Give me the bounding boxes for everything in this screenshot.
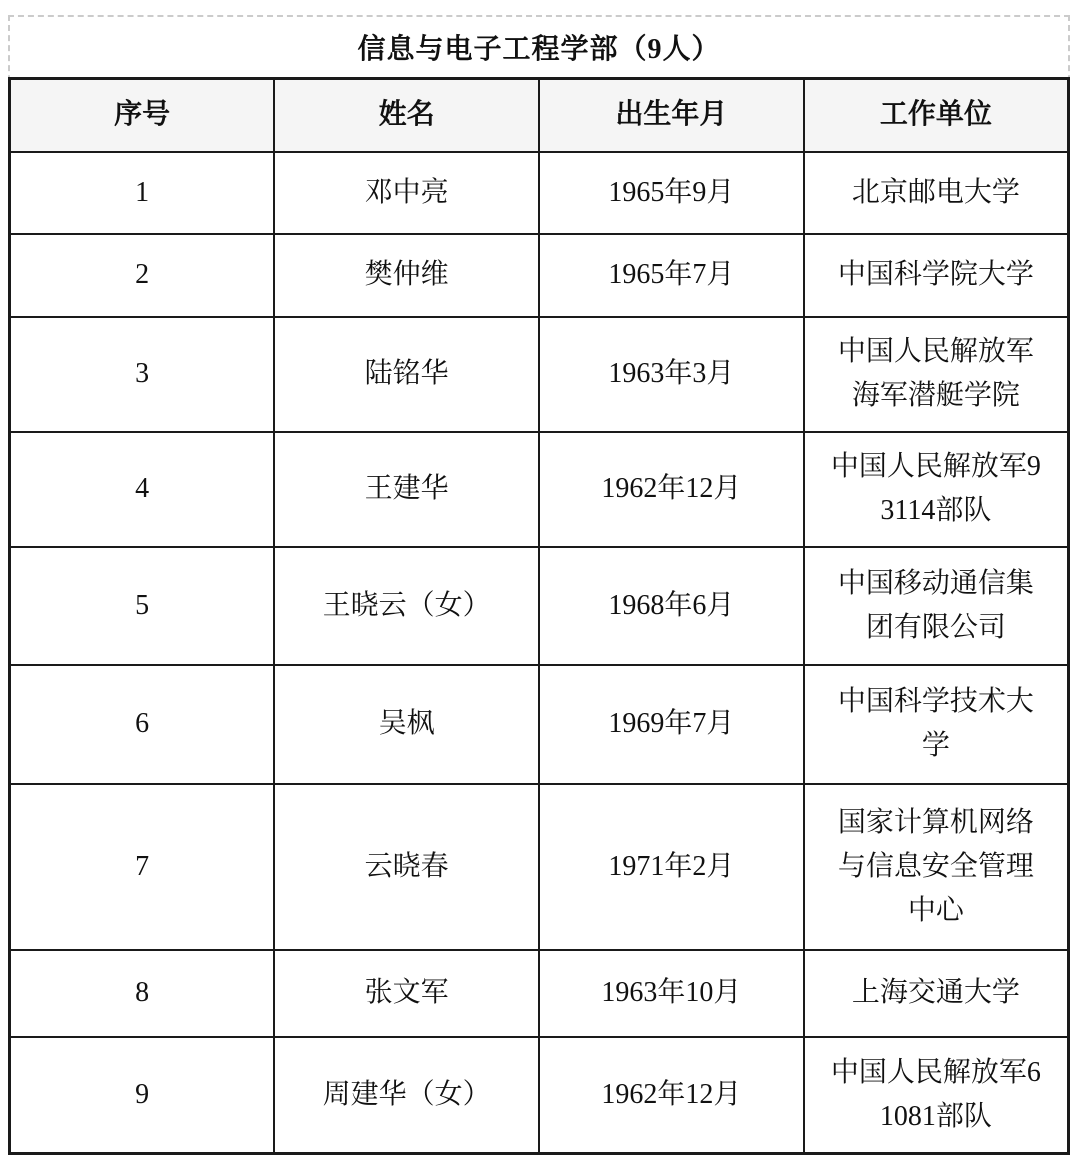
cell-work-unit: 北京邮电大学 [804,152,1069,234]
cell-name: 邓中亮 [274,152,539,234]
cell-name: 王建华 [274,432,539,547]
cell-work-unit: 中国移动通信集团有限公司 [804,547,1069,665]
cell-serial-number: 1 [10,152,275,234]
document-page: 信息与电子工程学部（9人） 序号 姓名 出生年月 工作单位 1 邓中亮 1965… [8,15,1070,1155]
cell-work-unit: 中国人民解放军61081部队 [804,1037,1069,1154]
cell-birth-date: 1969年7月 [539,665,804,784]
header-row: 序号 姓名 出生年月 工作单位 [10,79,1069,152]
table-row: 5 王晓云（女） 1968年6月 中国移动通信集团有限公司 [10,547,1069,665]
cell-serial-number: 6 [10,665,275,784]
cell-birth-date: 1963年3月 [539,317,804,432]
table-row: 1 邓中亮 1965年9月 北京邮电大学 [10,152,1069,234]
column-header-unit: 工作单位 [804,79,1069,152]
cell-serial-number: 8 [10,950,275,1037]
cell-name: 张文军 [274,950,539,1037]
cell-serial-number: 5 [10,547,275,665]
table-row: 6 吴枫 1969年7月 中国科学技术大学 [10,665,1069,784]
cell-serial-number: 4 [10,432,275,547]
cell-birth-date: 1965年7月 [539,234,804,317]
cell-work-unit: 中国人民解放军93114部队 [804,432,1069,547]
cell-name: 陆铭华 [274,317,539,432]
column-header-birth: 出生年月 [539,79,804,152]
cell-work-unit: 中国科学技术大学 [804,665,1069,784]
table-title: 信息与电子工程学部（9人） [10,17,1068,77]
cell-serial-number: 3 [10,317,275,432]
cell-name: 周建华（女） [274,1037,539,1154]
table-row: 4 王建华 1962年12月 中国人民解放军93114部队 [10,432,1069,547]
cell-serial-number: 9 [10,1037,275,1154]
cell-name: 樊仲维 [274,234,539,317]
column-header-name: 姓名 [274,79,539,152]
cell-serial-number: 7 [10,784,275,950]
table-header: 序号 姓名 出生年月 工作单位 [10,79,1069,152]
cell-birth-date: 1965年9月 [539,152,804,234]
table-row: 9 周建华（女） 1962年12月 中国人民解放军61081部队 [10,1037,1069,1154]
cell-birth-date: 1962年12月 [539,1037,804,1154]
table-row: 3 陆铭华 1963年3月 中国人民解放军海军潜艇学院 [10,317,1069,432]
cell-birth-date: 1971年2月 [539,784,804,950]
table-row: 7 云晓春 1971年2月 国家计算机网络与信息安全管理中心 [10,784,1069,950]
cell-serial-number: 2 [10,234,275,317]
cell-work-unit: 上海交通大学 [804,950,1069,1037]
column-header-no: 序号 [10,79,275,152]
cell-work-unit: 中国人民解放军海军潜艇学院 [804,317,1069,432]
cell-name: 王晓云（女） [274,547,539,665]
cell-birth-date: 1968年6月 [539,547,804,665]
table-row: 2 樊仲维 1965年7月 中国科学院大学 [10,234,1069,317]
cell-work-unit: 中国科学院大学 [804,234,1069,317]
cell-name: 云晓春 [274,784,539,950]
cell-birth-date: 1963年10月 [539,950,804,1037]
table-body: 1 邓中亮 1965年9月 北京邮电大学 2 樊仲维 1965年7月 中国科学院… [10,152,1069,1154]
table-row: 8 张文军 1963年10月 上海交通大学 [10,950,1069,1037]
roster-table: 序号 姓名 出生年月 工作单位 1 邓中亮 1965年9月 北京邮电大学 2 樊… [8,77,1070,1155]
cell-birth-date: 1962年12月 [539,432,804,547]
cell-work-unit: 国家计算机网络与信息安全管理中心 [804,784,1069,950]
cell-name: 吴枫 [274,665,539,784]
